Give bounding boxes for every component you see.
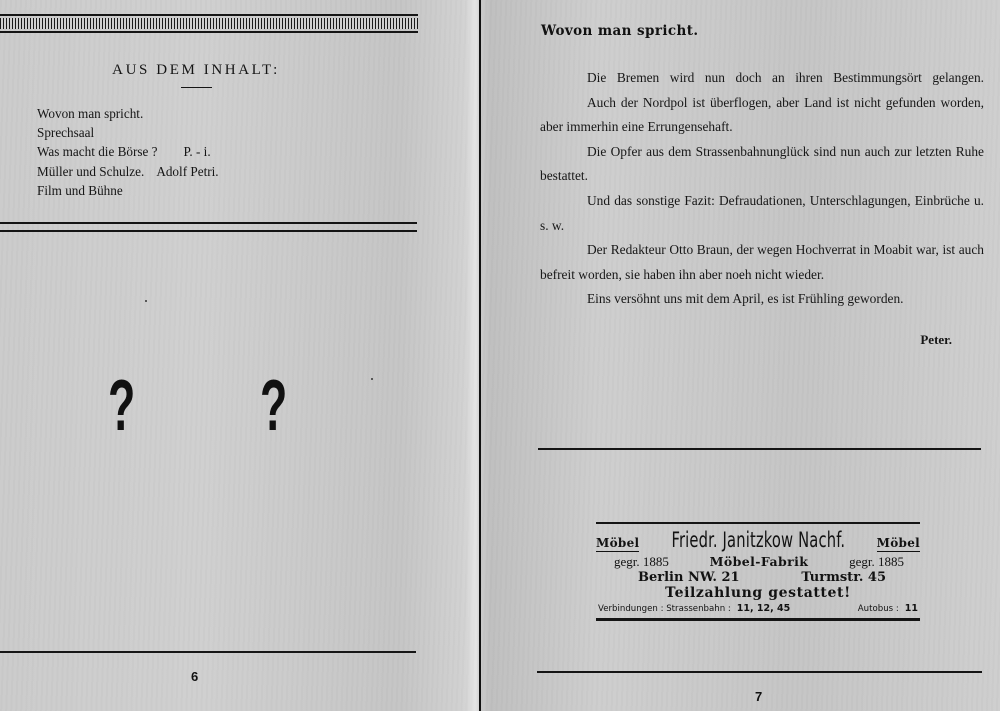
toc-item-title: Was macht die Börse ? xyxy=(37,144,158,159)
article-title: Wovon man spricht. xyxy=(541,23,698,39)
ad-rule-top xyxy=(596,522,920,524)
article-signature: Peter. xyxy=(920,332,952,348)
ad-firm-name: Friedr. Janitzkow Nachf. xyxy=(671,528,845,552)
ad-bus: Autobus :11 xyxy=(858,603,918,615)
article-paragraph: Auch der Nordpol ist überflogen, aber La… xyxy=(540,91,984,140)
question-mark-right: ? xyxy=(260,366,287,446)
toc-rule-upper xyxy=(0,222,417,224)
table-of-contents: Wovon man spricht. Sprechsaal Was macht … xyxy=(37,104,219,200)
toc-item-author: P. - i. xyxy=(184,144,211,159)
ad-connections-label: Verbindungen : Strassenbahn : xyxy=(598,604,731,614)
article-paragraph: Eins versöhnt uns mit dem April, es ist … xyxy=(540,287,984,312)
ad-tram: Verbindungen : Strassenbahn :11, 12, 45 xyxy=(598,603,790,615)
article-paragraph: Der Redakteur Otto Braun, der wegen Hoch… xyxy=(540,238,984,287)
toc-item-title: Wovon man spricht. xyxy=(37,106,143,121)
header-ornament-rule xyxy=(0,14,418,33)
toc-item-title: Sprechsaal xyxy=(37,125,94,140)
ad-connections-line: Verbindungen : Strassenbahn :11, 12, 45 … xyxy=(598,603,918,615)
ad-city: Berlin NW. 21 xyxy=(638,570,740,586)
ornament-rule-top xyxy=(0,14,418,16)
page-number-left: 6 xyxy=(191,669,198,684)
toc-heading: AUS DEM INHALT: xyxy=(0,62,392,79)
print-speck xyxy=(371,378,373,380)
toc-item: Sprechsaal xyxy=(37,123,219,142)
ad-tag-right: Möbel xyxy=(877,536,920,552)
ad-header-line: Möbel Friedr. Janitzkow Nachf. Möbel xyxy=(596,528,920,552)
toc-item-title: Film und Bühne xyxy=(37,183,123,198)
toc-item: Wovon man spricht. xyxy=(37,104,219,123)
toc-rule-lower xyxy=(0,230,417,232)
footer-rule-left xyxy=(0,651,416,653)
ad-address-line: Berlin NW. 21 Turmstr. 45 xyxy=(638,570,886,586)
ad-tram-lines: 11, 12, 45 xyxy=(737,603,791,614)
article-paragraph: Die Opfer aus dem Strassenbahnunglück si… xyxy=(540,140,984,189)
left-page: AUS DEM INHALT: Wovon man spricht. Sprec… xyxy=(0,0,479,711)
print-speck xyxy=(145,300,147,302)
article-paragraph: Und das sonstige Fazit: Defraudationen, … xyxy=(540,189,984,238)
ad-street: Turmstr. 45 xyxy=(801,570,886,586)
ad-bus-label: Autobus : xyxy=(858,604,899,614)
ad-tag-left: Möbel xyxy=(596,536,639,552)
ornament-hatch-band xyxy=(0,18,418,29)
article-paragraph: Die Bremen wird nun doch an ihren Bestim… xyxy=(540,66,984,91)
footer-rule-right xyxy=(537,671,982,673)
scanned-magazine-spread: AUS DEM INHALT: Wovon man spricht. Sprec… xyxy=(0,0,1000,711)
ad-rule-bottom xyxy=(596,618,920,621)
ornament-rule-bottom xyxy=(0,31,418,33)
toc-heading-underline xyxy=(181,87,212,88)
toc-item-title: Müller und Schulze. xyxy=(37,164,144,179)
toc-item: Müller und Schulze.Adolf Petri. xyxy=(37,162,219,181)
article-body: Die Bremen wird nun doch an ihren Bestim… xyxy=(540,66,984,312)
ad-founded-right: gegr. 1885 xyxy=(849,554,904,569)
question-mark-left: ? xyxy=(108,366,135,446)
ad-factory: Möbel-Fabrik xyxy=(710,554,809,569)
toc-item: Film und Bühne xyxy=(37,181,219,200)
article-end-rule xyxy=(538,448,981,450)
ad-slogan: Teilzahlung gestattet! xyxy=(596,585,920,602)
toc-item-author: Adolf Petri. xyxy=(156,164,218,179)
ad-founded-line: gegr. 1885 Möbel-Fabrik gegr. 1885 xyxy=(614,554,904,569)
ad-founded-left: gegr. 1885 xyxy=(614,554,669,569)
ad-bus-lines: 11 xyxy=(905,603,918,614)
page-number-right: 7 xyxy=(755,689,762,704)
toc-item: Was macht die Börse ?P. - i. xyxy=(37,142,219,161)
